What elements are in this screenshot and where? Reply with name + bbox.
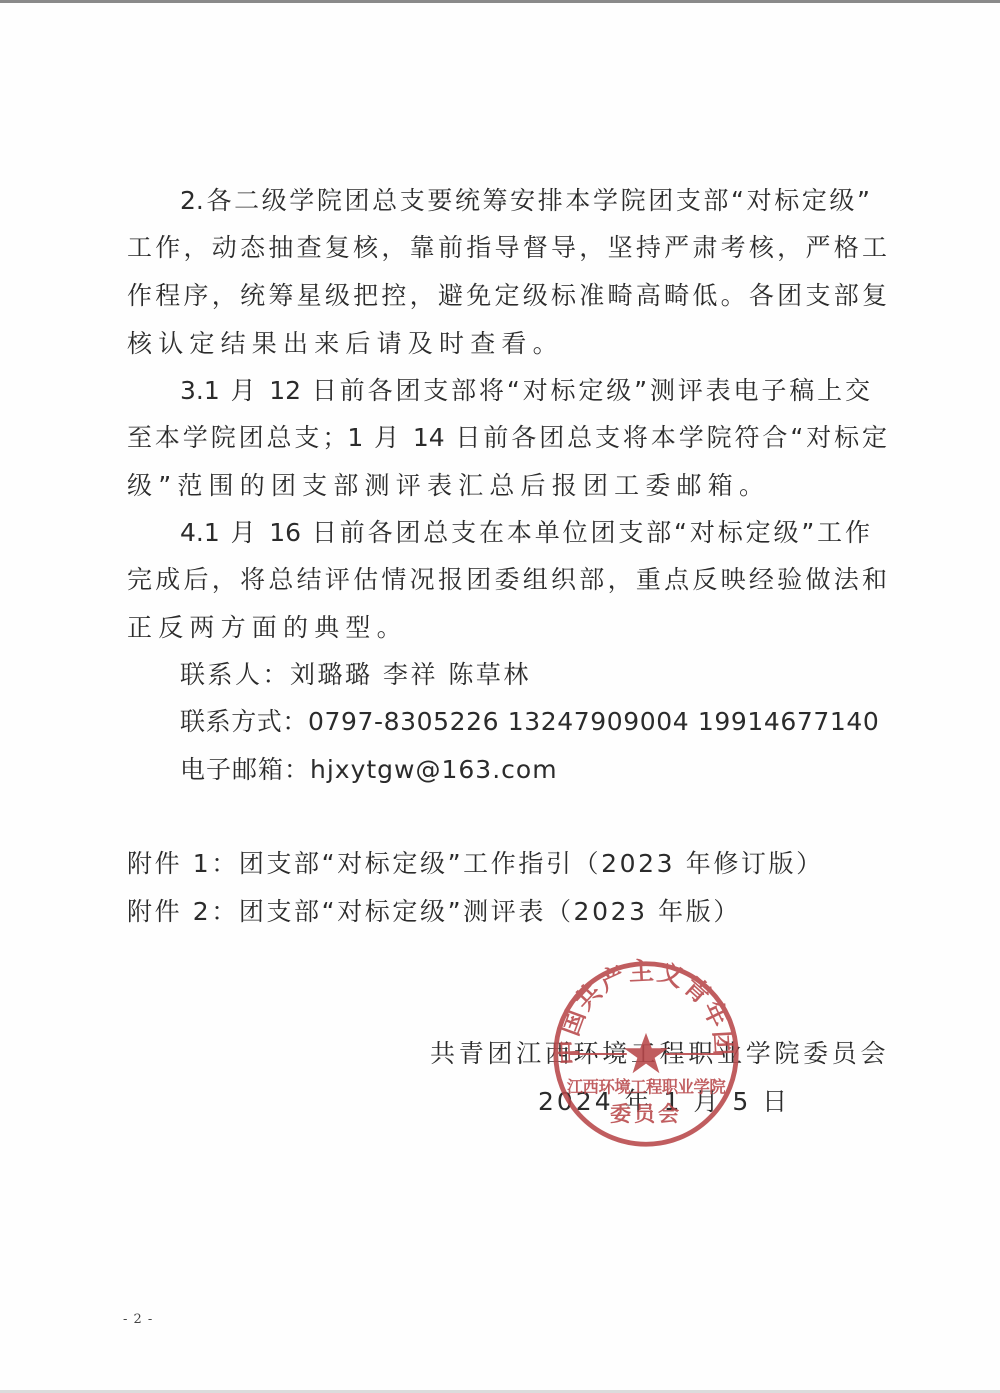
viewer-top-bar	[0, 0, 1000, 3]
attachment-2: 附件 2：团支部“对标定级”测评表（2023 年版）	[127, 897, 741, 927]
paragraph-line: 4.1 月 16 日前各团总支在本单位团支部“对标定级”工作	[180, 518, 870, 548]
paragraph-line: 级”范围的团支部测评表汇总后报团工委邮箱。	[127, 471, 770, 501]
paragraph-line: 作程序，统筹星级把控，避免定级标准畸高畸低。各团支部复	[127, 281, 887, 311]
paragraph-line: 至本学院团总支；1 月 14 日前各团总支将本学院符合“对标定	[127, 423, 887, 453]
signature-date: 2024 年 1 月 5 日	[538, 1087, 790, 1117]
contact-email[interactable]: 电子邮箱：hjxytgw@163.com	[180, 755, 558, 785]
signature-org: 共青团江西环境工程职业学院委员会	[430, 1039, 889, 1069]
paragraph-line: 3.1 月 12 日前各团支部将“对标定级”测评表电子稿上交	[180, 376, 870, 406]
paragraph-line: 正反两方面的典型。	[127, 613, 408, 643]
attachment-1: 附件 1：团支部“对标定级”工作指引（2023 年修订版）	[127, 849, 824, 879]
paragraph-line: 完成后，将总结评估情况报团委组织部，重点反映经验做法和	[127, 565, 887, 595]
paragraph-line: 核认定结果出来后请及时查看。	[127, 329, 564, 359]
paragraph-line: 2.各二级学院团总支要统筹安排本学院团支部“对标定级”	[180, 186, 870, 216]
page-number: - 2 -	[123, 1312, 153, 1327]
contact-phone: 联系方式：0797-8305226 13247909004 1991467714…	[180, 707, 879, 737]
paragraph-line: 工作，动态抽查复核，靠前指导督导，坚持严肃考核，严格工	[127, 233, 887, 263]
contact-people: 联系人：刘璐璐 李祥 陈草林	[180, 660, 531, 690]
